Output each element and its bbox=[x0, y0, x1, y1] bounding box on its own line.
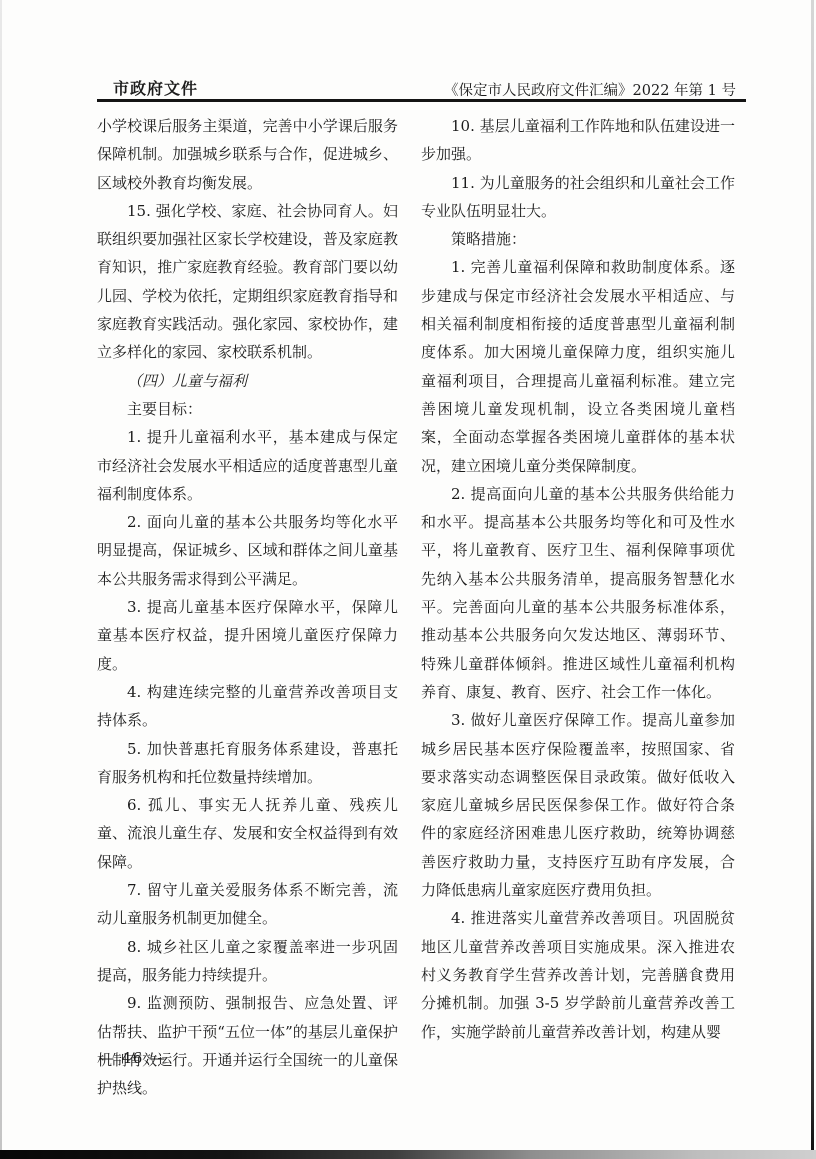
header-section-label: 市政府文件 bbox=[113, 76, 198, 99]
paragraph: 小学校课后服务主渠道，完善中小学课后服务保障机制。加强城乡联系与合作，促进城乡、… bbox=[97, 112, 398, 197]
paragraph: （四）儿童与福利 bbox=[97, 367, 398, 395]
scan-edge-left bbox=[0, 0, 2, 1159]
paragraph: 2. 提高面向儿童的基本公共服务供给能力和水平。提高基本公共服务均等化和可及性水… bbox=[421, 480, 735, 706]
paragraph: 主要目标： bbox=[97, 395, 398, 423]
header-rule bbox=[97, 99, 746, 102]
paragraph: 6. 孤儿、事实无人抚养儿童、残疾儿童、流浪儿童生存、发展和安全权益得到有效保障… bbox=[97, 791, 398, 876]
paragraph: 3. 做好儿童医疗保障工作。提高儿童参加城乡居民基本医疗保险覆盖率，按照国家、省… bbox=[421, 706, 735, 904]
header-compilation-title: 《保定市人民政府文件汇编》2022 年第 1 号 bbox=[410, 79, 736, 100]
scan-edge-bottom bbox=[0, 1150, 816, 1159]
paragraph: 1. 完善儿童福利保障和救助制度体系。逐步建成与保定市经济社会发展水平相适应、与… bbox=[421, 253, 735, 479]
right-column: 10. 基层儿童福利工作阵地和队伍建设进一步加强。11. 为儿童服务的社会组织和… bbox=[421, 112, 735, 1046]
paragraph: 7. 留守儿童关爱服务体系不断完善，流动儿童服务机制更加健全。 bbox=[97, 876, 398, 933]
paragraph: 4. 推进落实儿童营养改善项目。巩固脱贫地区儿童营养改善项目实施成果。深入推进农… bbox=[421, 904, 735, 1045]
paragraph: 8. 城乡社区儿童之家覆盖率进一步巩固提高，服务能力持续提升。 bbox=[97, 933, 398, 990]
paragraph: 策略措施： bbox=[421, 225, 735, 253]
paragraph: 3. 提高儿童基本医疗保障水平，保障儿童基本医疗权益，提升困境儿童医疗保障力度。 bbox=[97, 593, 398, 678]
paragraph: 4. 构建连续完整的儿童营养改善项目支持体系。 bbox=[97, 678, 398, 735]
scan-edge-right bbox=[811, 0, 814, 1159]
paragraph: 5. 加快普惠托育服务体系建设，普惠托育服务机构和托位数量持续增加。 bbox=[97, 735, 398, 792]
paragraph: 1. 提升儿童福利水平，基本建成与保定市经济社会发展水平相适应的适度普惠型儿童福… bbox=[97, 423, 398, 508]
page-number: — 46 — bbox=[99, 1044, 167, 1072]
paragraph: 15. 强化学校、家庭、社会协同育人。妇联组织要加强社区家长学校建设，普及家庭教… bbox=[97, 197, 398, 367]
left-column: 小学校课后服务主渠道，完善中小学课后服务保障机制。加强城乡联系与合作，促进城乡、… bbox=[97, 112, 398, 1102]
document-page: { "header": { "section_label": "市政府文件", … bbox=[0, 0, 816, 1159]
paragraph: 10. 基层儿童福利工作阵地和队伍建设进一步加强。 bbox=[421, 112, 735, 169]
paragraph: 11. 为儿童服务的社会组织和儿童社会工作专业队伍明显壮大。 bbox=[421, 169, 735, 226]
paragraph: 2. 面向儿童的基本公共服务均等化水平明显提高，保证城乡、区域和群体之间儿童基本… bbox=[97, 508, 398, 593]
